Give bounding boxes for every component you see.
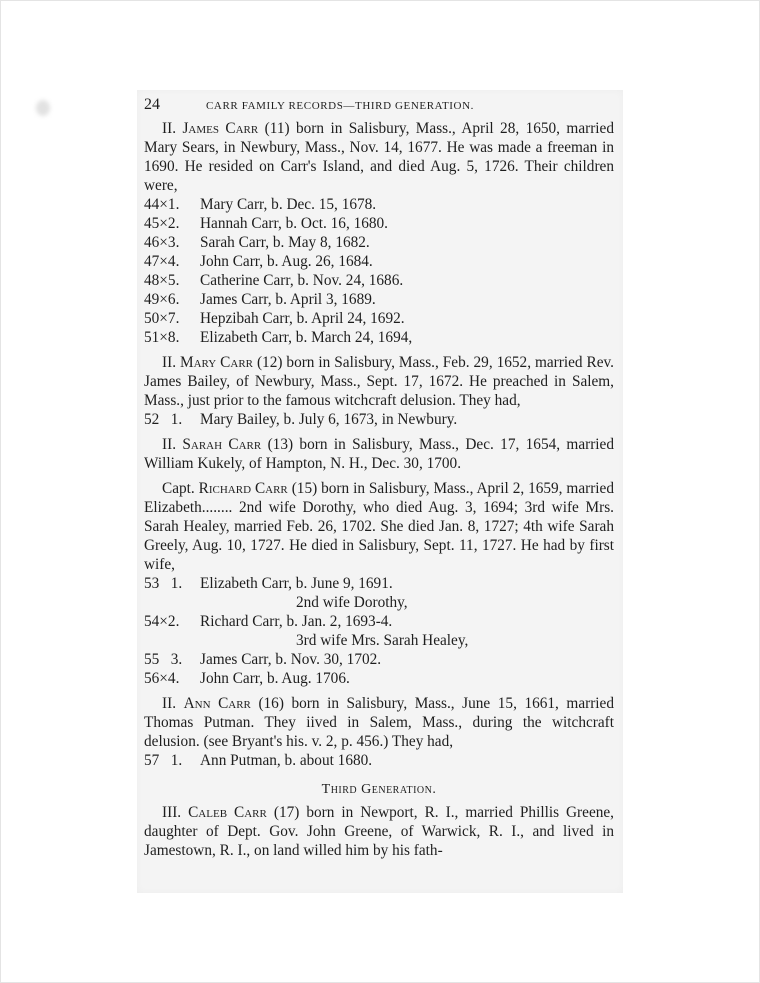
child-record: 53 1.Elizabeth Carr, b. June 9, 1691. [144,574,614,593]
child-text: Mary Carr, b. Dec. 15, 1678. [200,196,376,213]
child-record: 55 3.James Carr, b. Nov. 30, 1702. [144,650,614,669]
section-heading: Third Generation. [144,780,614,799]
child-record: 47×4.John Carr, b. Aug. 26, 1684. [144,252,614,271]
generation-label: Capt. [162,480,195,497]
child-text: Elizabeth Carr, b. March 24, 1694, [200,329,412,346]
record-number: 48×5. [144,271,200,290]
child-record: 44×1.Mary Carr, b. Dec. 15, 1678. [144,195,614,214]
child-record: 51×8.Elizabeth Carr, b. March 24, 1694, [144,328,614,347]
person-name: Ann Carr [184,695,251,712]
entry-caleb-carr: III. Caleb Carr (17) born in Newport, R.… [144,803,614,860]
record-number: 52 1. [144,410,200,429]
child-record: 54×2.Richard Carr, b. Jan. 2, 1693-4. [144,612,614,631]
generation-label: III. [162,804,181,821]
child-text: Sarah Carr, b. May 8, 1682. [200,234,370,251]
child-record: 45×2.Hannah Carr, b. Oct. 16, 1680. [144,214,614,233]
record-number: 56×4. [144,669,200,688]
generation-label: II. [162,695,176,712]
child-record: 46×3.Sarah Carr, b. May 8, 1682. [144,233,614,252]
child-text: Hannah Carr, b. Oct. 16, 1680. [200,215,388,232]
child-record: 50×7.Hepzibah Carr, b. April 24, 1692. [144,309,614,328]
record-number: 50×7. [144,309,200,328]
child-text: Richard Carr, b. Jan. 2, 1693-4. [200,613,392,630]
record-number: 46×3. [144,233,200,252]
child-record: 56×4.John Carr, b. Aug. 1706. [144,669,614,688]
child-text: Hepzibah Carr, b. April 24, 1692. [200,310,405,327]
child-record: 52 1.Mary Bailey, b. July 6, 1673, in Ne… [144,410,614,429]
entry-ann-carr: II. Ann Carr (16) born in Salisbury, Mas… [144,694,614,751]
person-name: James Carr [182,120,258,137]
record-number: 47×4. [144,252,200,271]
record-number: 54×2. [144,612,200,631]
child-text: Ann Putman, b. about 1680. [200,752,372,769]
page-number: 24 [144,95,206,114]
child-text: Elizabeth Carr, b. June 9, 1691. [200,575,393,592]
record-number: 57 1. [144,751,200,770]
wife-note: 2nd wife Dorothy, [144,593,614,612]
record-number: 55 3. [144,650,200,669]
child-record: 57 1.Ann Putman, b. about 1680. [144,751,614,770]
child-text: John Carr, b. Aug. 26, 1684. [200,253,373,270]
child-text: John Carr, b. Aug. 1706. [200,670,350,687]
generation-label: II. [162,354,176,371]
page-header: 24 Carr Family Records—Third Generation. [144,95,614,117]
generation-label: II. [162,120,176,137]
person-name: Caleb Carr [188,804,267,821]
child-text: Mary Bailey, b. July 6, 1673, in Newbury… [200,411,457,428]
child-record: 49×6.James Carr, b. April 3, 1689. [144,290,614,309]
child-record: 48×5.Catherine Carr, b. Nov. 24, 1686. [144,271,614,290]
person-name: Mary Carr [180,354,253,371]
entry-sarah-carr: II. Sarah Carr (13) born in Salisbury, M… [144,435,614,473]
wife-note: 3rd wife Mrs. Sarah Healey, [144,631,614,650]
record-number: 49×6. [144,290,200,309]
page-content: 24 Carr Family Records—Third Generation.… [144,95,614,860]
record-number: 44×1. [144,195,200,214]
entry-mary-carr: II. Mary Carr (12) born in Salisbury, Ma… [144,353,614,410]
generation-label: II. [162,436,176,453]
entries: II. James Carr (11) born in Salisbury, M… [144,119,614,770]
record-number: 45×2. [144,214,200,233]
record-number: 53 1. [144,574,200,593]
child-text: James Carr, b. April 3, 1689. [200,291,376,308]
scan-smudge [36,100,50,116]
person-name: Sarah Carr [182,436,261,453]
entry-james-carr: II. James Carr (11) born in Salisbury, M… [144,119,614,195]
record-number: 51×8. [144,328,200,347]
running-head: Carr Family Records—Third Generation. [206,97,474,116]
child-text: James Carr, b. Nov. 30, 1702. [200,651,381,668]
person-name: Richard Carr [199,480,288,497]
child-text: Catherine Carr, b. Nov. 24, 1686. [200,272,403,289]
entry-richard-carr: Capt. Richard Carr (15) born in Salisbur… [144,479,614,574]
